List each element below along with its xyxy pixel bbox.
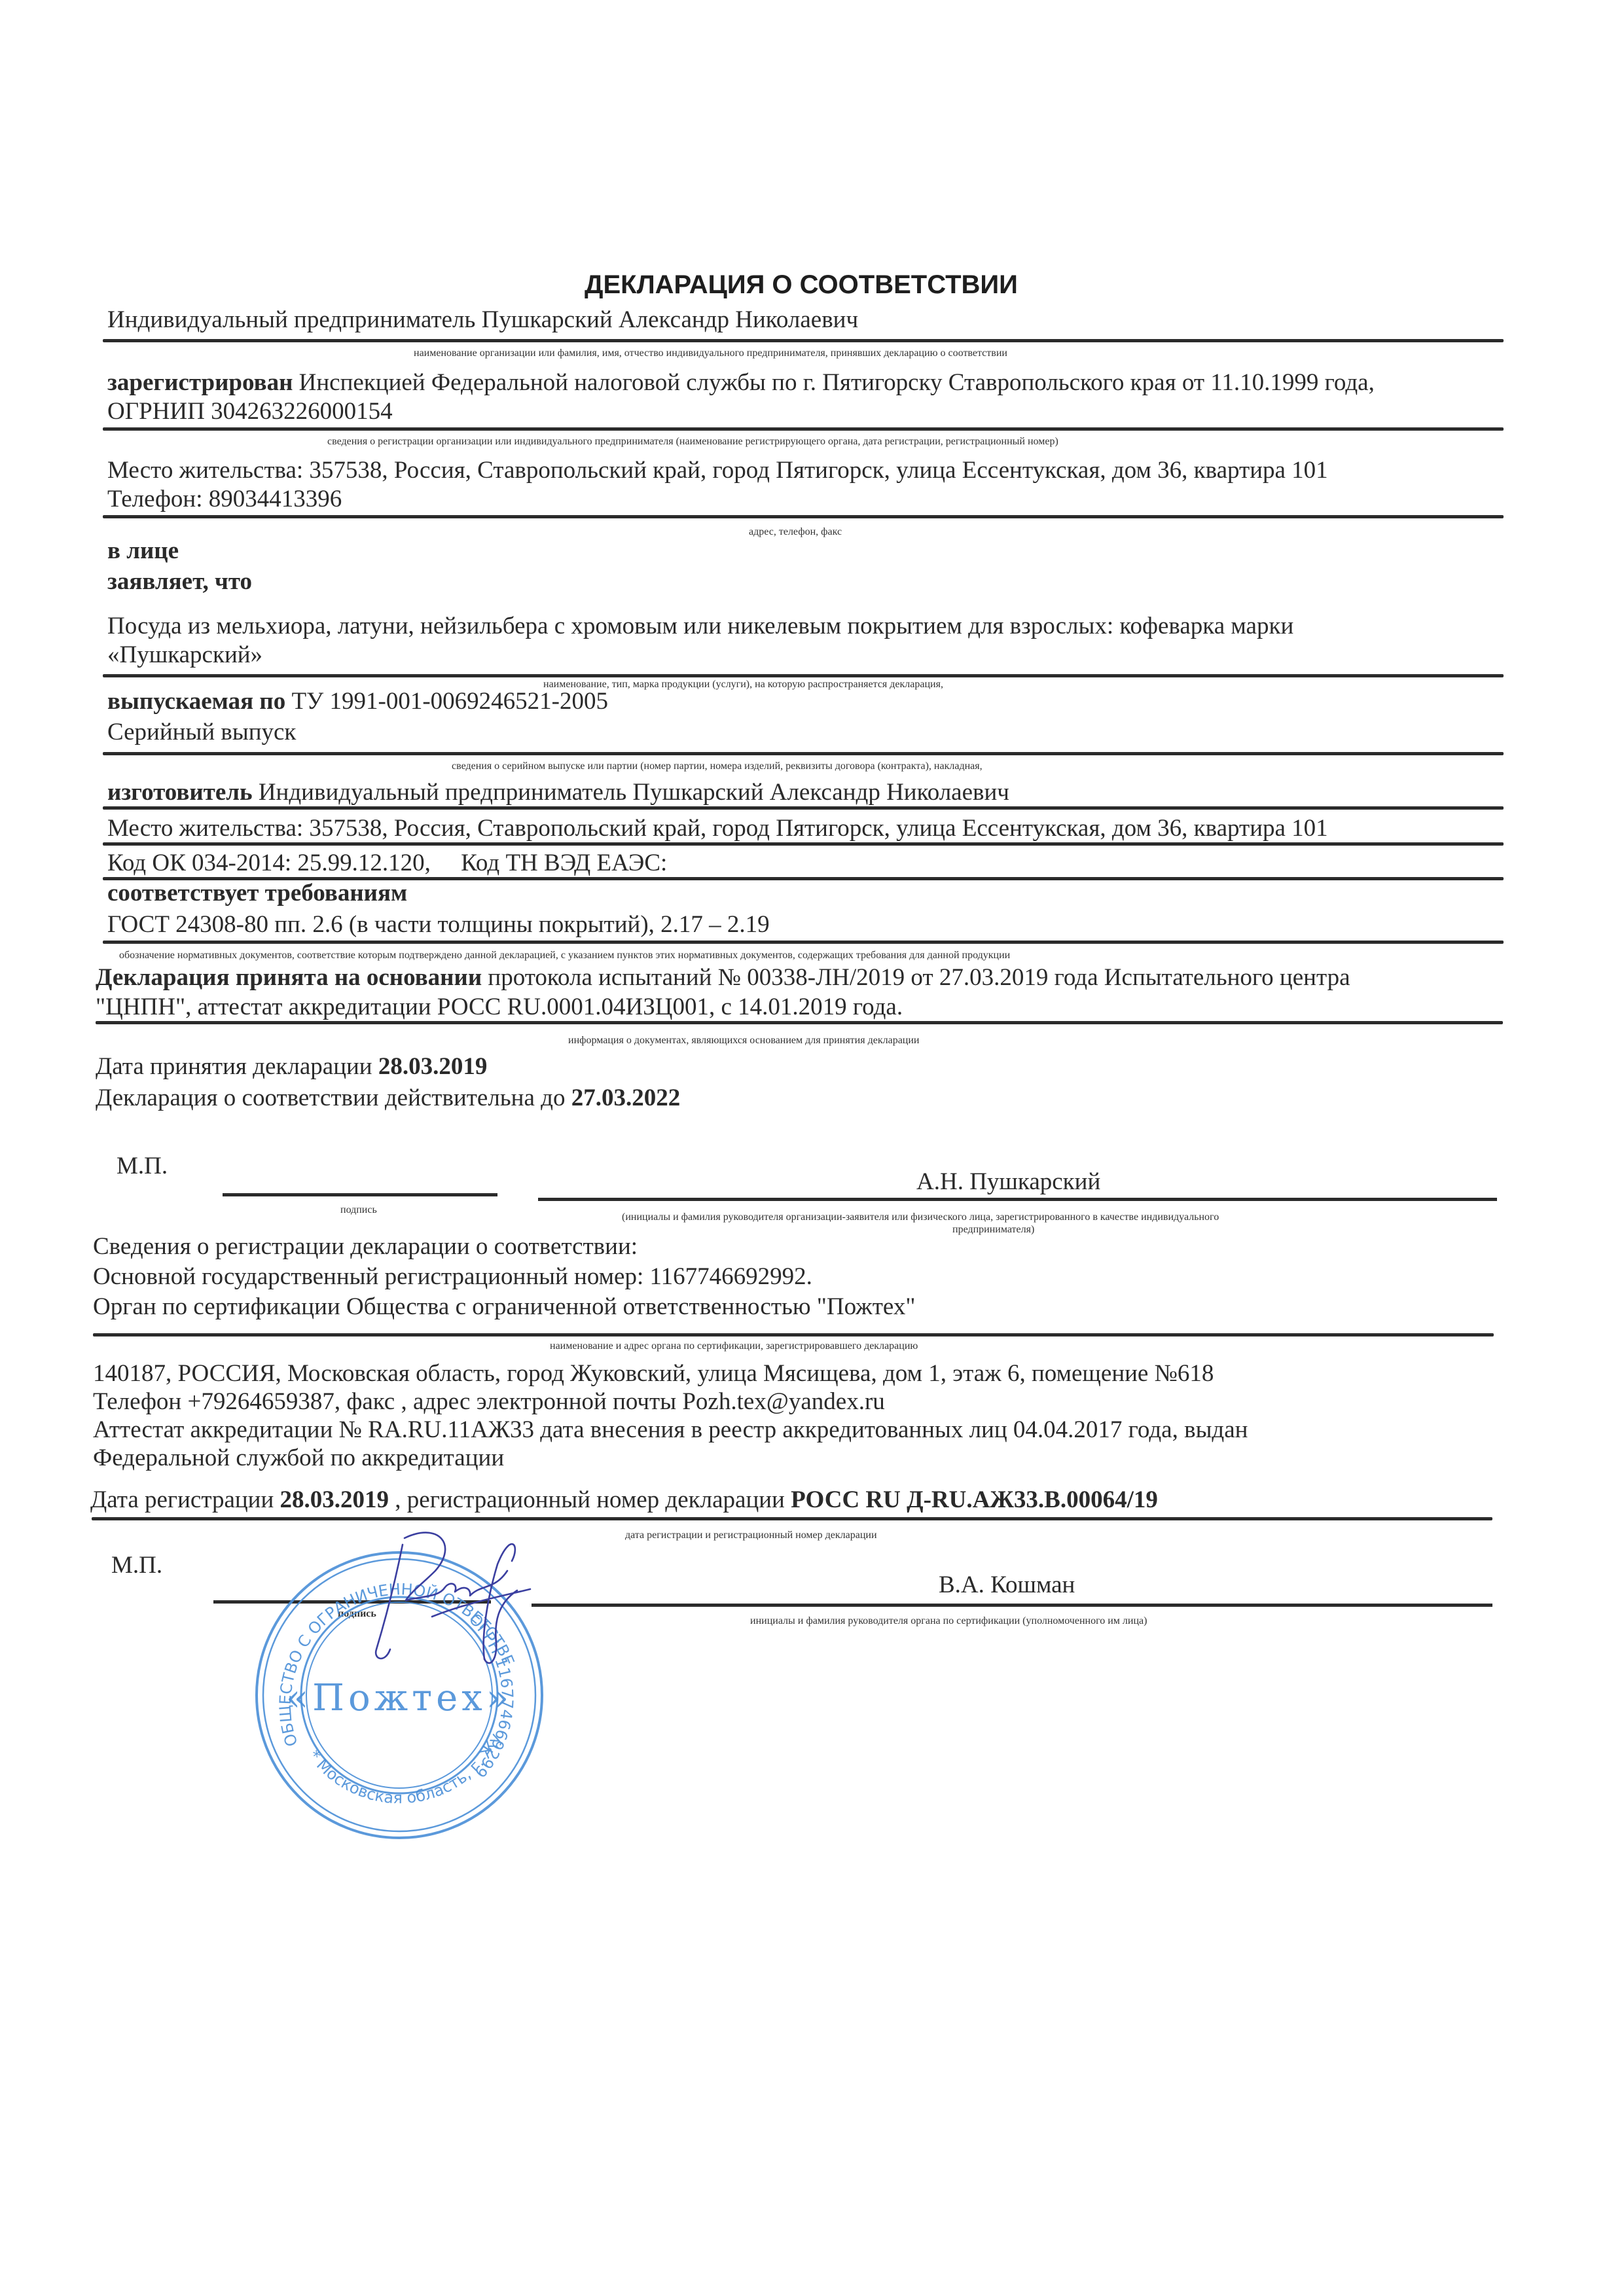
release-caption: сведения о серийном выпуске или партии (… <box>452 761 983 772</box>
registration-caption: дата регистрации и регистрационный номер… <box>625 1530 877 1541</box>
divider <box>103 427 1504 431</box>
accepted-date-label: Дата принятия декларации <box>96 1053 372 1080</box>
signer-caption-2: предпринимателя) <box>952 1224 1034 1236</box>
ogrnip: ОГРНИП 304263226000154 <box>107 397 393 426</box>
produced-by-spec: выпускаемая по ТУ 1991-001-0069246521-20… <box>107 687 608 716</box>
signer-line-2 <box>532 1604 1492 1607</box>
registration-heading: Сведения о регистрации декларации о соот… <box>93 1232 638 1261</box>
accreditation-line-2: Федеральной службой по аккредитации <box>93 1444 504 1473</box>
valid-until-value: 27.03.2022 <box>571 1085 681 1111</box>
address-caption: адрес, телефон, факс <box>749 526 842 538</box>
stamp-center-text: «Пожтех» <box>286 1677 513 1719</box>
document-title: ДЕКЛАРАЦИЯ О СООТВЕТСТВИИ <box>585 270 1018 300</box>
release-type: Серийный выпуск <box>107 718 296 747</box>
basis-text: протокола испытаний № 00338-ЛН/2019 от 2… <box>488 964 1350 991</box>
stamp-place-label-2: М.П. <box>111 1551 162 1580</box>
reg-date-label: Дата регистрации <box>90 1486 274 1513</box>
basis-caption: информация о документах, являющихся осно… <box>568 1035 919 1047</box>
manufacturer-name: Индивидуальный предприниматель Пушкарски… <box>259 779 1009 806</box>
divider <box>96 1021 1503 1024</box>
registration-line: Дата регистрации 28.03.2019 , регистраци… <box>90 1486 1158 1515</box>
divider <box>103 339 1504 342</box>
certification-body-caption: наименование и адрес органа по сертифика… <box>550 1340 918 1352</box>
divider <box>103 752 1504 755</box>
divider <box>103 941 1504 944</box>
divider <box>93 1333 1494 1336</box>
handwritten-signature-icon <box>367 1518 537 1676</box>
accepted-date-value: 28.03.2019 <box>378 1053 488 1080</box>
body-signer-caption: инициалы и фамилия руководителя органа п… <box>750 1615 1147 1627</box>
manufacturer-address: Место жительства: 357538, Россия, Ставро… <box>107 814 1328 843</box>
reg-number-label: , регистрационный номер декларации <box>395 1486 785 1513</box>
signer-caption-1: (инициалы и фамилия руководителя организ… <box>622 1211 1219 1223</box>
basis-label: Декларация принята на основании <box>96 964 482 991</box>
manufacturer-label: изготовитель <box>107 779 253 806</box>
stamp-place-label: М.П. <box>117 1152 168 1181</box>
basis-line-2: "ЦНПН", аттестат аккредитации РОСС RU.00… <box>96 993 903 1022</box>
product-description-line-1: Посуда из мельхиора, латуни, нейзильбера… <box>107 612 1293 641</box>
valid-until-line: Декларация о соответствии действительна … <box>96 1084 680 1113</box>
conformity-standard: ГОСТ 24308-80 пп. 2.6 (в части толщины п… <box>107 910 770 939</box>
applicant-address: Место жительства: 357538, Россия, Ставро… <box>107 456 1328 485</box>
certification-body: Орган по сертификации Общества с огранич… <box>93 1293 915 1321</box>
valid-until-label: Декларация о соответствии действительна … <box>96 1085 565 1111</box>
applicant-signer-name: А.Н. Пушкарский <box>916 1168 1100 1196</box>
accepted-date-line: Дата принятия декларации 28.03.2019 <box>96 1052 487 1081</box>
certification-body-address: 140187, РОССИЯ, Московская область, горо… <box>93 1359 1214 1388</box>
manufacturer-line: изготовитель Индивидуальный предпринимат… <box>107 778 1009 807</box>
applicant-name: Индивидуальный предприниматель Пушкарски… <box>107 306 858 334</box>
certification-body-contacts: Телефон +79264659387, факс , адрес элект… <box>93 1388 885 1416</box>
body-signer-name: В.А. Кошман <box>939 1571 1075 1600</box>
basis-line-1: Декларация принята на основании протокол… <box>96 963 1350 992</box>
reg-number-value: РОСС RU Д-RU.АЖ33.В.00064/19 <box>791 1486 1158 1513</box>
divider <box>103 806 1504 810</box>
signature-caption: подпись <box>340 1204 377 1216</box>
registered-line-1: зарегистрирован Инспекцией Федеральной н… <box>107 368 1375 397</box>
registration-ogrn: Основной государственный регистрационный… <box>93 1263 812 1291</box>
represented-by-label: в лице <box>107 537 179 565</box>
conformity-label: соответствует требованиям <box>107 879 407 908</box>
declares-label: заявляет, что <box>107 567 252 596</box>
produced-label: выпускаемая по <box>107 688 285 715</box>
registered-text: Инспекцией Федеральной налоговой службы … <box>299 369 1375 396</box>
signer-line <box>538 1198 1497 1201</box>
signature-line <box>223 1193 497 1196</box>
divider <box>92 1517 1492 1520</box>
product-codes: Код ОК 034-2014: 25.99.12.120, Код ТН ВЭ… <box>107 849 667 878</box>
divider <box>103 674 1504 677</box>
produced-spec: ТУ 1991-001-0069246521-2005 <box>291 688 608 715</box>
product-description-line-2: «Пушкарский» <box>107 641 262 670</box>
applicant-name-caption: наименование организации или фамилия, им… <box>414 348 1007 359</box>
divider <box>103 842 1504 846</box>
conformity-caption: обозначение нормативных документов, соот… <box>119 950 1010 961</box>
applicant-phone: Телефон: 89034413396 <box>107 485 342 514</box>
registered-caption: сведения о регистрации организации или и… <box>327 436 1058 448</box>
reg-date-value: 28.03.2019 <box>280 1486 389 1513</box>
registered-label: зарегистрирован <box>107 369 293 396</box>
divider <box>103 515 1504 518</box>
accreditation-line-1: Аттестат аккредитации № RA.RU.11АЖ33 дат… <box>93 1416 1248 1444</box>
